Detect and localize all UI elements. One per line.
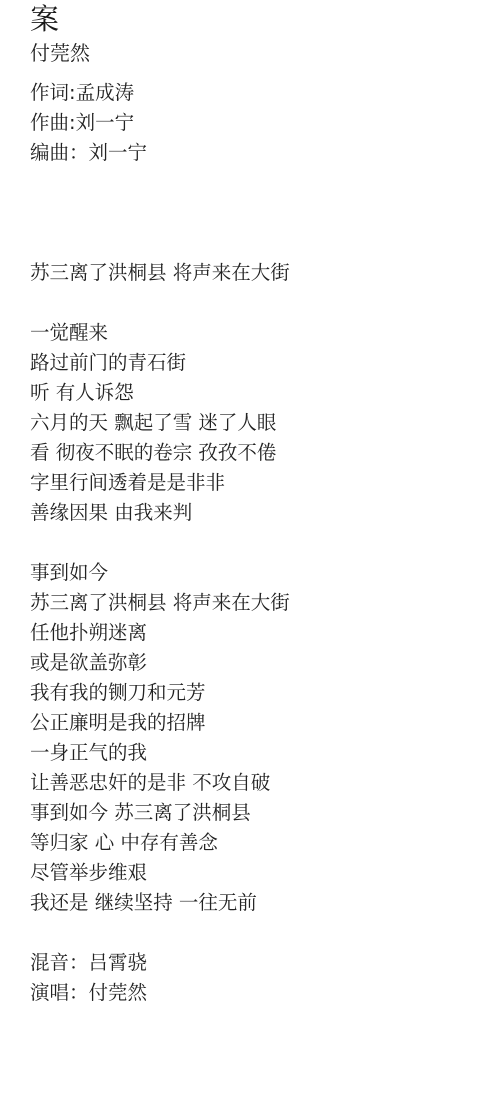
lyric-line: 听 有人诉怨 [30,378,490,408]
lyric-line: 等归家 心 中存有善念 [30,828,490,858]
lyric-line [30,918,490,948]
lyric-line: 六月的天 飘起了雪 迷了人眼 [30,408,490,438]
lyric-line: 善缘因果 由我来判 [30,498,490,528]
lyric-line: 我有我的铡刀和元芳 [30,678,490,708]
lyric-line: 一觉醒来 [30,318,490,348]
lyric-line: 字里行间透着是是非非 [30,468,490,498]
lyric-line: 公正廉明是我的招牌 [30,708,490,738]
lyric-line: 任他扑朔迷离 [30,618,490,648]
lyric-line [30,168,490,198]
lyric-line: 尽管举步维艰 [30,858,490,888]
lyric-line [30,288,490,318]
lyric-line: 我还是 继续坚持 一往无前 [30,888,490,918]
lyric-line: 事到如今 [30,558,490,588]
lyric-line: 苏三离了洪桐县 将声来在大街 [30,588,490,618]
song-title: 案 [30,2,59,36]
lyric-line: 事到如今 苏三离了洪桐县 [30,798,490,828]
lyric-line: 让善恶忠奸的是非 不攻自破 [30,768,490,798]
lyric-line: 苏三离了洪桐县 将声来在大街 [30,258,490,288]
lyric-line [30,528,490,558]
lyric-line: 路过前门的青石街 [30,348,490,378]
lyric-line [30,228,490,258]
credit-lyricist: 作词:孟成涛 [30,78,490,108]
lyric-line: 或是欲盖弥彰 [30,648,490,678]
lyric-line [30,198,490,228]
credit-arranger: 编曲：刘一宁 [30,138,490,168]
lyric-line: 看 彻夜不眠的卷宗 孜孜不倦 [30,438,490,468]
credit-composer: 作曲:刘一宁 [30,108,490,138]
song-artist: 付莞然 [30,40,90,66]
credit-mixing: 混音：吕霄骁 [30,948,490,978]
lyrics-body: 作词:孟成涛 作曲:刘一宁 编曲：刘一宁 苏三离了洪桐县 将声来在大街 一觉醒来… [30,78,490,1008]
lyric-line: 一身正气的我 [30,738,490,768]
credit-vocals: 演唱：付莞然 [30,978,490,1008]
